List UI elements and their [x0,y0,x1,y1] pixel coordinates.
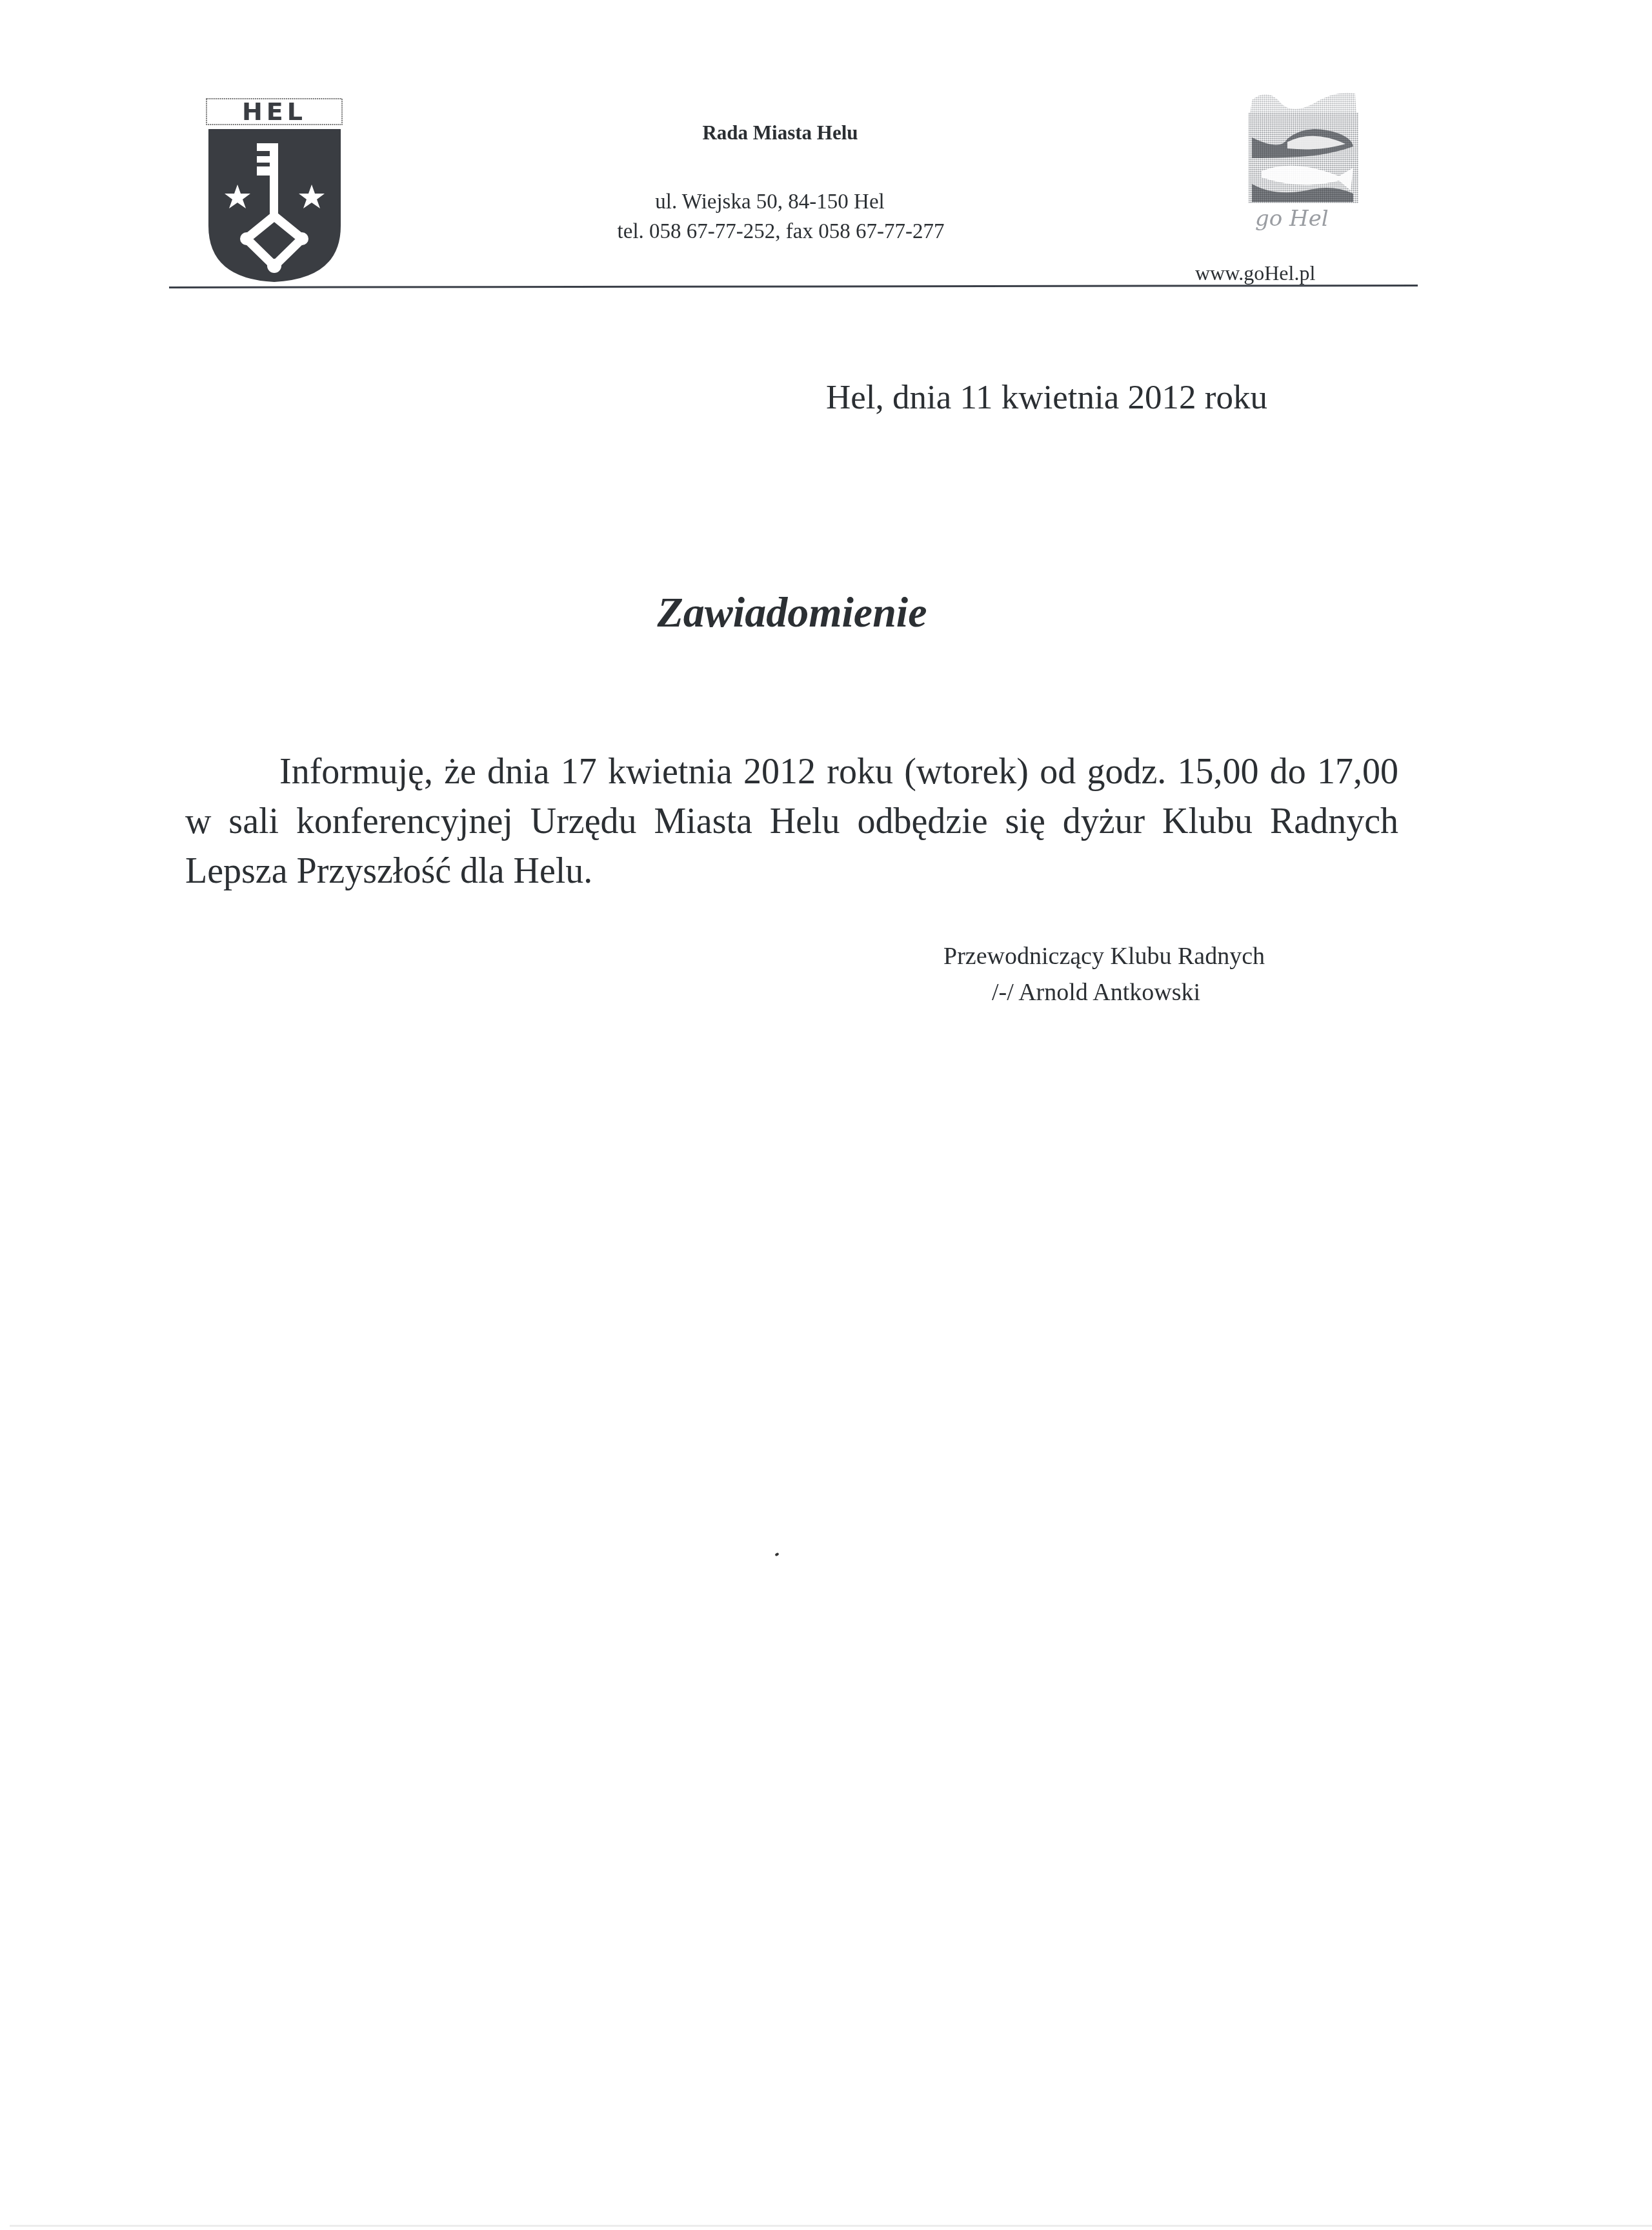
notice-body: Informuję, że dnia 17 kwietnia 2012 roku… [185,747,1398,896]
two-fish-waves-icon: go Hel [1242,87,1362,248]
signature-name: /-/ Arnold Antkowski [992,978,1200,1007]
place-and-date: Hel, dnia 11 kwietnia 2012 roku [826,378,1267,417]
header-divider [169,285,1418,288]
scan-bottom-edge [10,2225,1652,2227]
scan-speck [774,1552,779,1556]
document-title: Zawiadomienie [0,588,1584,638]
website-link[interactable]: www.goHel.pl [1195,261,1315,285]
tourism-logo: go Hel [1242,87,1362,248]
svg-text:go Hel: go Hel [1255,206,1329,232]
signature-role: Przewodniczący Klubu Radnych [943,942,1265,970]
